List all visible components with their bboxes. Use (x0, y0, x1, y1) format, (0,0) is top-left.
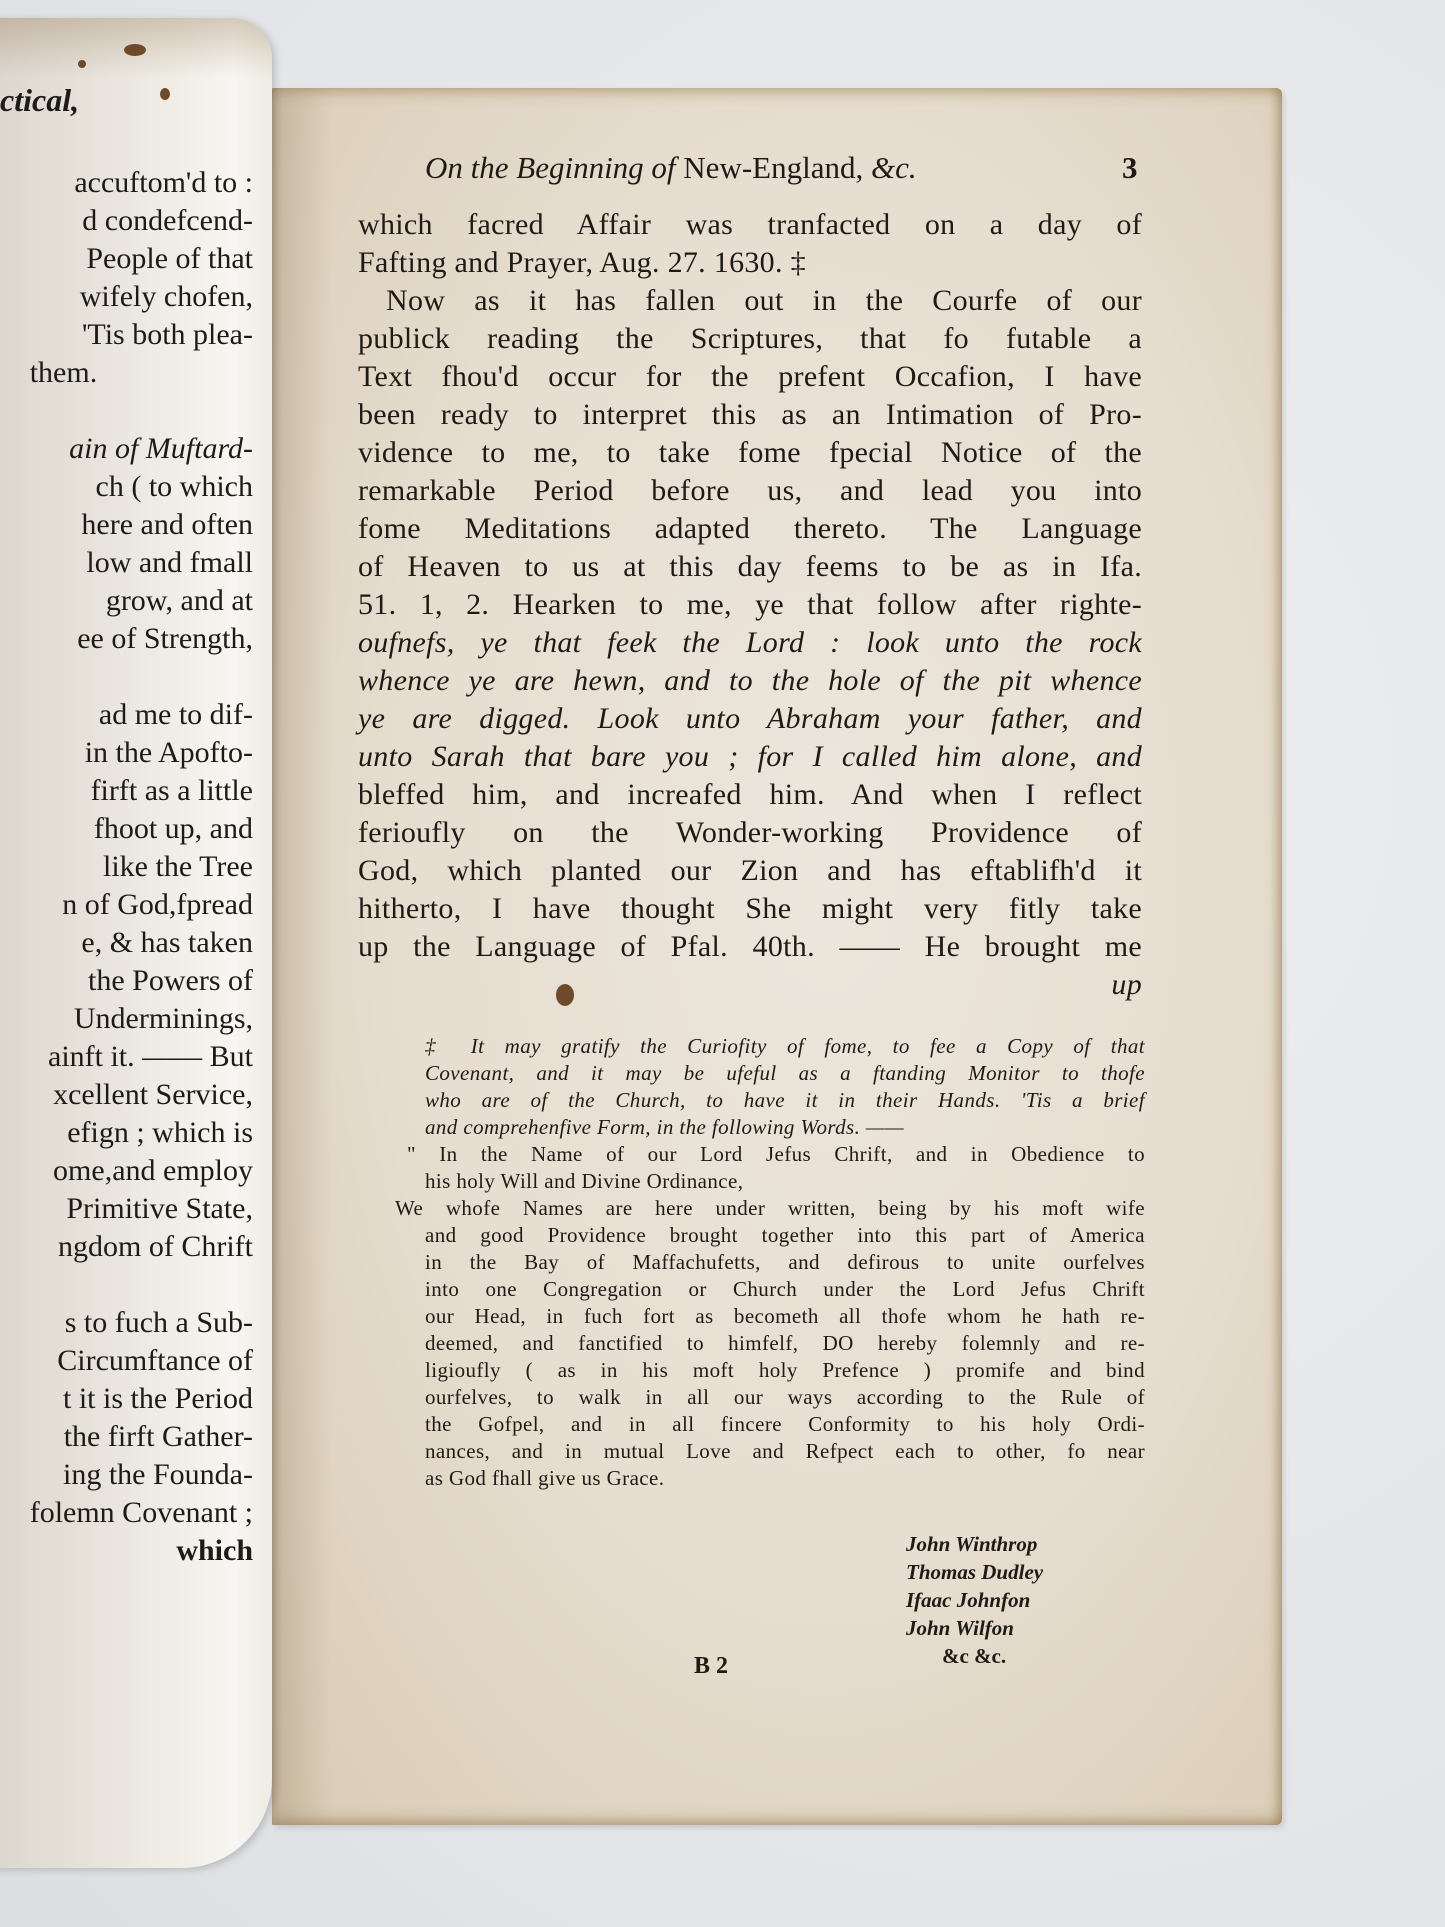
running-head-italic: On the Beginning of (425, 150, 676, 185)
body-line: hitherto, I have thought She might very … (358, 894, 1142, 924)
left-line: the Powers of (30, 966, 253, 1004)
left-line (30, 1270, 253, 1308)
signatory: John Wilfon (906, 1618, 1043, 1639)
left-line (30, 396, 253, 434)
body-line: 51. 1, 2. Hearken to me, ye that follow … (358, 590, 1142, 620)
body-line: Text fhou'd occur for the prefent Occafi… (358, 362, 1142, 392)
body-line: publick reading the Scriptures, that fo … (358, 324, 1142, 354)
running-head-etc: &c. (871, 150, 917, 185)
left-line: efign ; which is (30, 1118, 253, 1156)
left-line: accuftom'd to : (30, 168, 253, 206)
body-text: which facred Affair was tranfacted on a … (358, 210, 1142, 1000)
left-line: ad me to dif- (30, 700, 253, 738)
signatory-etc: &c &c. (942, 1646, 1043, 1667)
body-line: Fafting and Prayer, Aug. 27. 1630. ‡ (358, 248, 1142, 278)
left-running-head: ctical, (0, 84, 79, 116)
left-line: firft as a little (30, 776, 253, 814)
covenant-line: and good Providence brought together int… (425, 1225, 1145, 1246)
footnote: ‡ It may gratify the Curiofity of fome, … (395, 1036, 1145, 1489)
foxing-spot (78, 60, 86, 68)
body-line-scripture: unto Sarah that bare you ; for I called … (358, 742, 1142, 772)
left-line: xcellent Service, (30, 1080, 253, 1118)
left-line: ch ( to which (30, 472, 253, 510)
body-line-scripture: oufnefs, ye that feek the Lord : look un… (358, 628, 1142, 658)
footnote-line: who are of the Church, to have it in the… (425, 1090, 1145, 1111)
footnote-line: ‡ It may gratify the Curiofity of fome, … (425, 1036, 1145, 1057)
covenant-line: the Gofpel, and in all fincere Conformit… (425, 1414, 1145, 1435)
left-line: Circumftance of (30, 1346, 253, 1384)
body-line: fome Meditations adapted thereto. The La… (358, 514, 1142, 544)
footnote-line: and comprehenfive Form, in the following… (425, 1117, 1145, 1138)
running-head: On the Beginning of New-England, &c. (425, 152, 917, 183)
running-head-roman: New-England, (683, 150, 863, 185)
left-line: like the Tree (30, 852, 253, 890)
body-line: God, which planted our Zion and has efta… (358, 856, 1142, 886)
covenant-line: " In the Name of our Lord Jefus Chrift, … (407, 1144, 1145, 1165)
body-line: bleffed him, and increafed him. And when… (358, 780, 1142, 810)
body-line: ferioufly on the Wonder-working Providen… (358, 818, 1142, 848)
covenant-line: in the Bay of Maffachufetts, and defirou… (425, 1252, 1145, 1273)
left-line: folemn Covenant ; (30, 1498, 253, 1536)
foxing-spot (124, 44, 146, 56)
signatory: Thomas Dudley (906, 1562, 1043, 1583)
left-line: the firft Gather- (30, 1422, 253, 1460)
body-line: vidence to me, to take fome fpecial Noti… (358, 438, 1142, 468)
left-line: s to fuch a Sub- (30, 1308, 253, 1346)
covenant-line: our Head, in fuch fort as becometh all t… (425, 1306, 1145, 1327)
signatory: John Winthrop (906, 1534, 1043, 1555)
left-line-catchword: which (30, 1536, 253, 1574)
covenant-line: ourfelves, to walk in all our ways accor… (425, 1387, 1145, 1408)
signatory: Ifaac Johnfon (906, 1590, 1043, 1611)
spine-shadow (272, 88, 332, 1825)
left-line: Underminings, (30, 1004, 253, 1042)
left-line: ome,and employ (30, 1156, 253, 1194)
left-line: t it is the Period (30, 1384, 253, 1422)
covenant-line: nances, and in mutual Love and Refpect e… (425, 1441, 1145, 1462)
body-line: been ready to interpret this as an Intim… (358, 400, 1142, 430)
left-line: n of God,fpread (30, 890, 253, 928)
left-line: ngdom of Chrift (30, 1232, 253, 1270)
left-line: e, & has taken (30, 928, 253, 966)
left-line: Primitive State, (30, 1194, 253, 1232)
foxing-spot (160, 88, 170, 100)
left-page-text: accuftom'd to : d condefcend- People of … (30, 168, 253, 1574)
left-line: ainft it. —— But (30, 1042, 253, 1080)
covenant-line: ligioufly ( as in his moft holy Prefence… (425, 1360, 1145, 1381)
body-line: up the Language of Pfal. 40th. —— He bro… (358, 932, 1142, 962)
body-line: remarkable Period before us, and lead yo… (358, 476, 1142, 506)
signatories: John Winthrop Thomas Dudley Ifaac Johnfo… (906, 1534, 1043, 1667)
covenant-line: his holy Will and Divine Ordinance, (425, 1171, 1145, 1192)
left-line: d condefcend- (30, 206, 253, 244)
left-line: ee of Strength, (30, 624, 253, 662)
covenant-line: deemed, and fanctified to himfelf, DO he… (425, 1333, 1145, 1354)
catchword: up (358, 970, 1142, 1000)
left-line: ain of Muftard- (30, 434, 253, 472)
body-line-scripture: whence ye are hewn, and to the hole of t… (358, 666, 1142, 696)
left-line: People of that (30, 244, 253, 282)
left-line: fhoot up, and (30, 814, 253, 852)
left-line: ing the Founda- (30, 1460, 253, 1498)
left-line: low and fmall (30, 548, 253, 586)
footnote-line: Covenant, and it may be ufeful as a ftan… (425, 1063, 1145, 1084)
body-line: which facred Affair was tranfacted on a … (358, 210, 1142, 240)
left-line: 'Tis both plea- (30, 320, 253, 358)
left-line (30, 662, 253, 700)
body-line: Now as it has fallen out in the Courfe o… (358, 286, 1142, 316)
left-line: in the Apofto- (30, 738, 253, 776)
covenant-line: We whofe Names are here under written, b… (395, 1198, 1145, 1219)
covenant-line: as God fhall give us Grace. (425, 1468, 1145, 1489)
signature-mark: B 2 (694, 1654, 728, 1678)
body-line: of Heaven to us at this day feems to be … (358, 552, 1142, 582)
page-number: 3 (1122, 152, 1138, 183)
body-line-scripture: ye are digged. Look unto Abraham your fa… (358, 704, 1142, 734)
left-line: here and often (30, 510, 253, 548)
covenant-line: into one Congregation or Church under th… (425, 1279, 1145, 1300)
left-line: grow, and at (30, 586, 253, 624)
left-line: wifely chofen, (30, 282, 253, 320)
left-line: them. (30, 358, 253, 396)
